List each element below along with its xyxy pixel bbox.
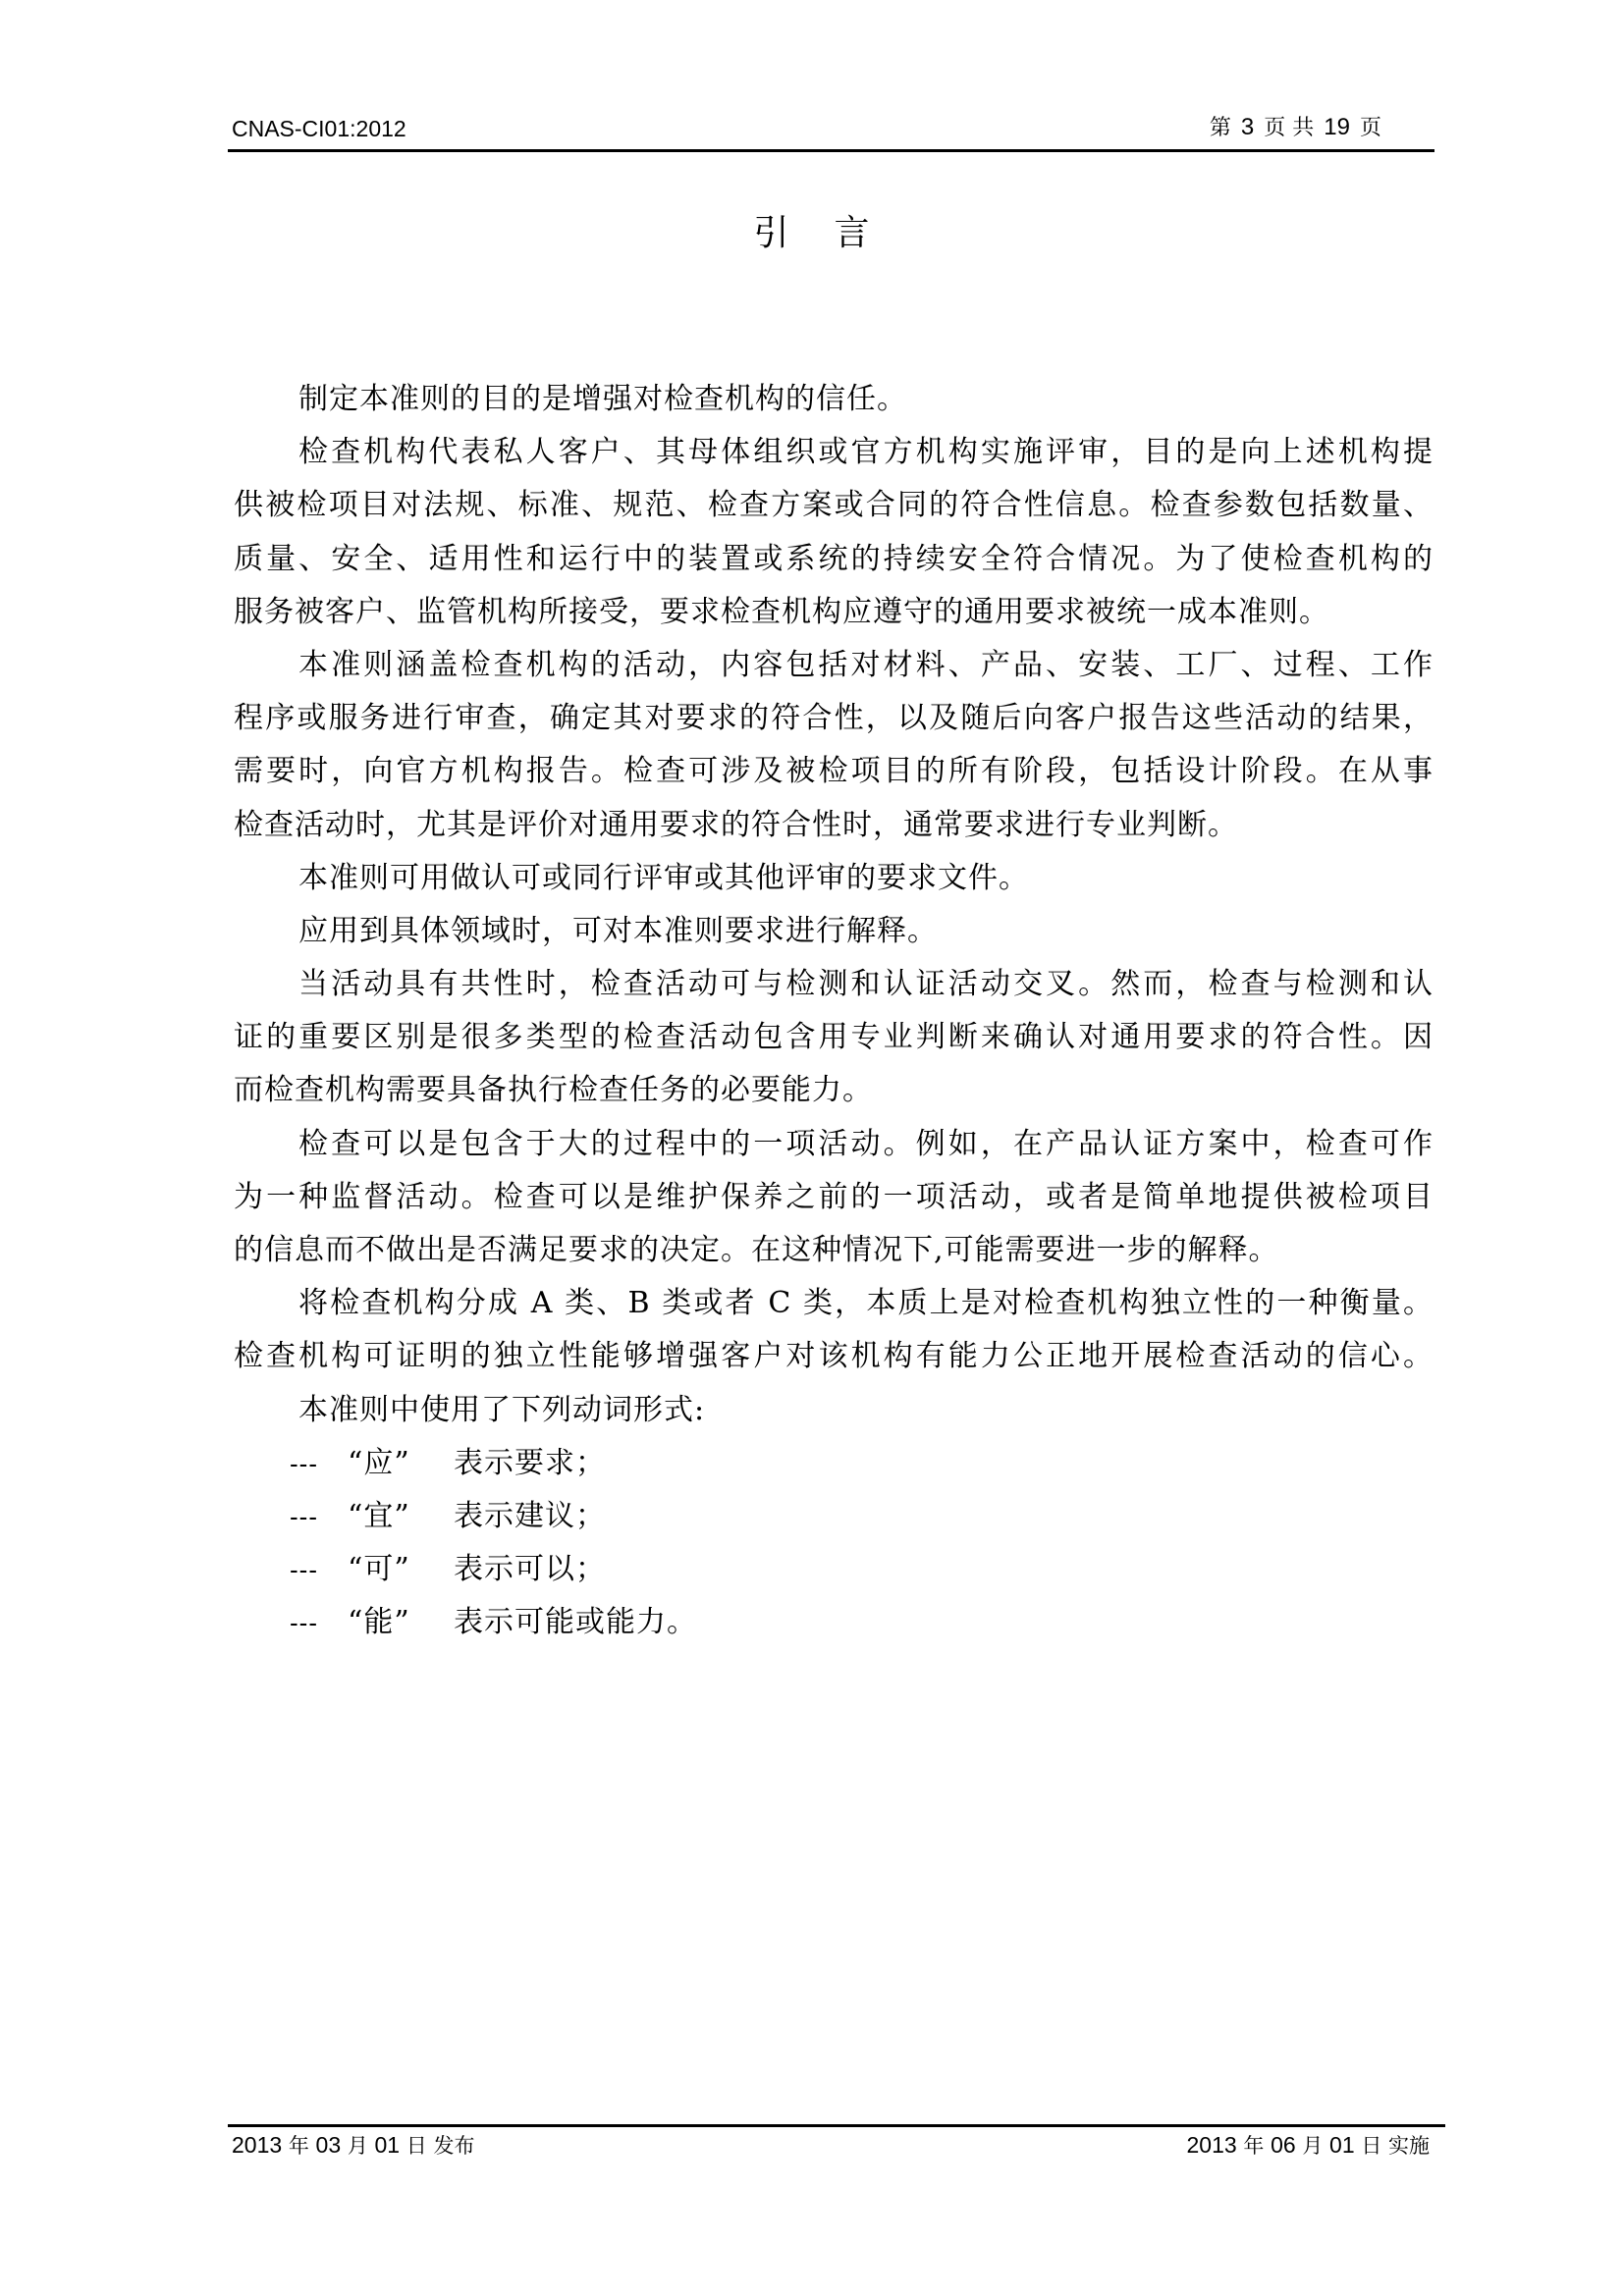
paragraph-line: 检查机构代表私人客户、其母体组织或官方机构实施评审，目的是向上述机构提 — [234, 426, 1434, 479]
publish-date: 2013 年 03 月 01 日 发布 — [232, 2130, 474, 2161]
verb-form-item: --- “宜” 表示建议； — [234, 1490, 1434, 1543]
publish-label: 发布 — [433, 2134, 474, 2158]
paragraph-line: 服务被客户、监管机构所接受，要求检查机构应遵守的通用要求被统一成本准则。 — [234, 586, 1434, 639]
verb-form-item: --- “可” 表示可以； — [234, 1543, 1434, 1596]
dash-marker: --- — [290, 1437, 318, 1490]
effective-date: 2013 年 06 月 01 日 实施 — [1187, 2130, 1430, 2161]
footer-divider — [228, 2124, 1445, 2127]
verb-meaning: 表示可能或能力。 — [454, 1596, 697, 1649]
paragraph-line: 应用到具体领域时，可对本准则要求进行解释。 — [234, 905, 1434, 958]
paragraph-line: 程序或服务进行审查，确定其对要求的符合性，以及随后向客户报告这些活动的结果， — [234, 692, 1434, 745]
effective-day: 01 — [1329, 2132, 1355, 2158]
section-title: 引言 — [0, 210, 1623, 257]
header-divider — [228, 149, 1434, 152]
paragraph-line: 当活动具有共性时，检查活动可与检测和认证活动交叉。然而，检查与检测和认 — [234, 958, 1434, 1011]
day-unit: 日 — [1361, 2134, 1381, 2158]
year-unit: 年 — [289, 2134, 309, 2158]
publish-month: 03 — [316, 2132, 342, 2158]
verb-meaning: 表示建议； — [454, 1490, 606, 1543]
page-prefix: 第 — [1210, 116, 1231, 140]
title-char-2: 言 — [835, 210, 870, 257]
paragraph-line: 证的重要区别是很多类型的检查活动包含用专业判断来确认对通用要求的符合性。因 — [234, 1011, 1434, 1064]
effective-month: 06 — [1271, 2132, 1296, 2158]
effective-label: 实施 — [1388, 2134, 1430, 2158]
dash-marker: --- — [290, 1596, 318, 1649]
verb-meaning: 表示可以； — [454, 1543, 606, 1596]
month-unit: 月 — [1302, 2134, 1323, 2158]
paragraph-line: 为一种监督活动。检查可以是维护保养之前的一项活动，或者是简单地提供被检项目 — [234, 1171, 1434, 1224]
month-unit: 月 — [348, 2134, 368, 2158]
page-number: 3 — [1241, 114, 1254, 140]
paragraph-line: 需要时，向官方机构报告。检查可涉及被检项目的所有阶段，包括设计阶段。在从事 — [234, 745, 1434, 798]
body-text: 制定本准则的目的是增强对检查机构的信任。 检查机构代表私人客户、其母体组织或官方… — [234, 373, 1434, 1650]
verb-term: “可” — [348, 1543, 410, 1596]
page-suffix: 页 — [1360, 116, 1381, 140]
title-char-1: 引 — [753, 210, 788, 257]
verb-term: “应” — [348, 1437, 410, 1490]
publish-year: 2013 — [232, 2132, 282, 2158]
paragraph-line: 检查活动时，尤其是评价对通用要求的符合性时，通常要求进行专业判断。 — [234, 799, 1434, 852]
day-unit: 日 — [406, 2134, 427, 2158]
paragraph-line: 制定本准则的目的是增强对检查机构的信任。 — [234, 373, 1434, 426]
page-header: CNAS-CI01:2012 第3页 共19页 — [229, 110, 1434, 149]
paragraph-line: 检查机构可证明的独立性能够增强客户对该机构有能力公正地开展检查活动的信心。 — [234, 1330, 1434, 1383]
dash-marker: --- — [290, 1543, 318, 1596]
page-footer: 2013 年 03 月 01 日 发布 2013 年 06 月 01 日 实施 — [232, 2130, 1430, 2160]
paragraph-line: 本准则涵盖检查机构的活动，内容包括对材料、产品、安装、工厂、过程、工作 — [234, 639, 1434, 692]
document-code: CNAS-CI01:2012 — [232, 116, 406, 141]
paragraph-line: 质量、安全、适用性和运行中的装置或系统的持续安全符合情况。为了使检查机构的 — [234, 533, 1434, 586]
page-mid: 页 共 — [1264, 116, 1314, 140]
paragraph-line: 本准则可用做认可或同行评审或其他评审的要求文件。 — [234, 852, 1434, 905]
paragraph-line: 的信息而不做出是否满足要求的决定。在这种情况下,可能需要进一步的解释。 — [234, 1224, 1434, 1277]
year-unit: 年 — [1243, 2134, 1264, 2158]
total-pages: 19 — [1324, 114, 1350, 140]
effective-year: 2013 — [1187, 2132, 1237, 2158]
paragraph-line: 将检查机构分成 A 类、B 类或者 C 类，本质上是对检查机构独立性的一种衡量。 — [234, 1277, 1434, 1330]
verb-term: “宜” — [348, 1490, 410, 1543]
paragraph-line: 而检查机构需要具备执行检查任务的必要能力。 — [234, 1064, 1434, 1117]
dash-marker: --- — [290, 1490, 318, 1543]
verb-term: “能” — [348, 1596, 410, 1649]
paragraph-line: 本准则中使用了下列动词形式: — [234, 1384, 1434, 1437]
paragraph-line: 供被检项目对法规、标准、规范、检查方案或合同的符合性信息。检查参数包括数量、 — [234, 479, 1434, 532]
paragraph-line: 检查可以是包含于大的过程中的一项活动。例如，在产品认证方案中，检查可作 — [234, 1118, 1434, 1171]
publish-day: 01 — [375, 2132, 401, 2158]
verb-form-item: --- “应” 表示要求； — [234, 1437, 1434, 1490]
page-indicator: 第3页 共19页 — [1210, 115, 1381, 141]
verb-meaning: 表示要求； — [454, 1437, 606, 1490]
verb-form-item: --- “能” 表示可能或能力。 — [234, 1596, 1434, 1649]
